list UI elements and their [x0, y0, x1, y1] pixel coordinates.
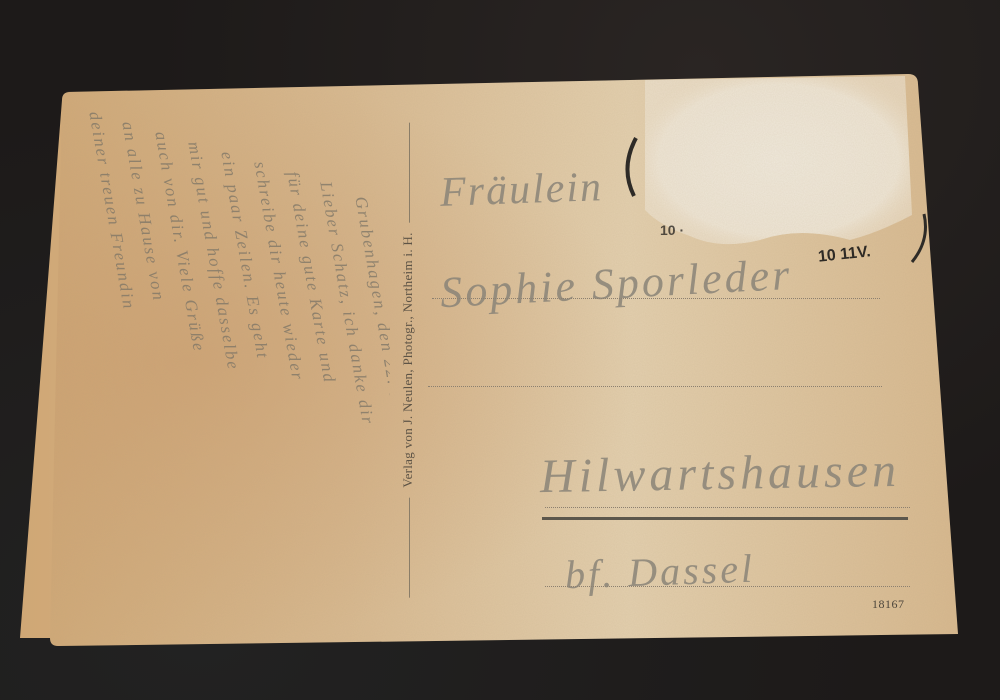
address-line-1	[432, 298, 880, 299]
handwritten-message: Grubenhagen, den 22. Juni 1910 Lieber Sc…	[40, 100, 390, 640]
address-district: bf. Dassel	[564, 545, 756, 599]
address-salutation: Fräulein	[439, 163, 604, 217]
publisher-imprint: Verlag von J. Neulen, Photogr., Northeim…	[400, 112, 416, 607]
address-line-3	[545, 507, 910, 508]
imprint-rule-right	[409, 122, 410, 222]
imprint-rule-left	[409, 498, 410, 598]
address-underline	[542, 517, 908, 520]
postcard-photo: Grubenhagen, den 22. Juni 1910 Lieber Sc…	[0, 0, 1000, 700]
publisher-imprint-text: Verlag von J. Neulen, Photogr., Northeim…	[400, 232, 415, 487]
card-number: 18167	[872, 597, 905, 612]
address-line-2	[428, 386, 882, 387]
address-line-4	[545, 586, 910, 587]
address-town: Hilwartshausen	[540, 443, 901, 504]
postmark-partial: 10 ·	[660, 222, 684, 238]
